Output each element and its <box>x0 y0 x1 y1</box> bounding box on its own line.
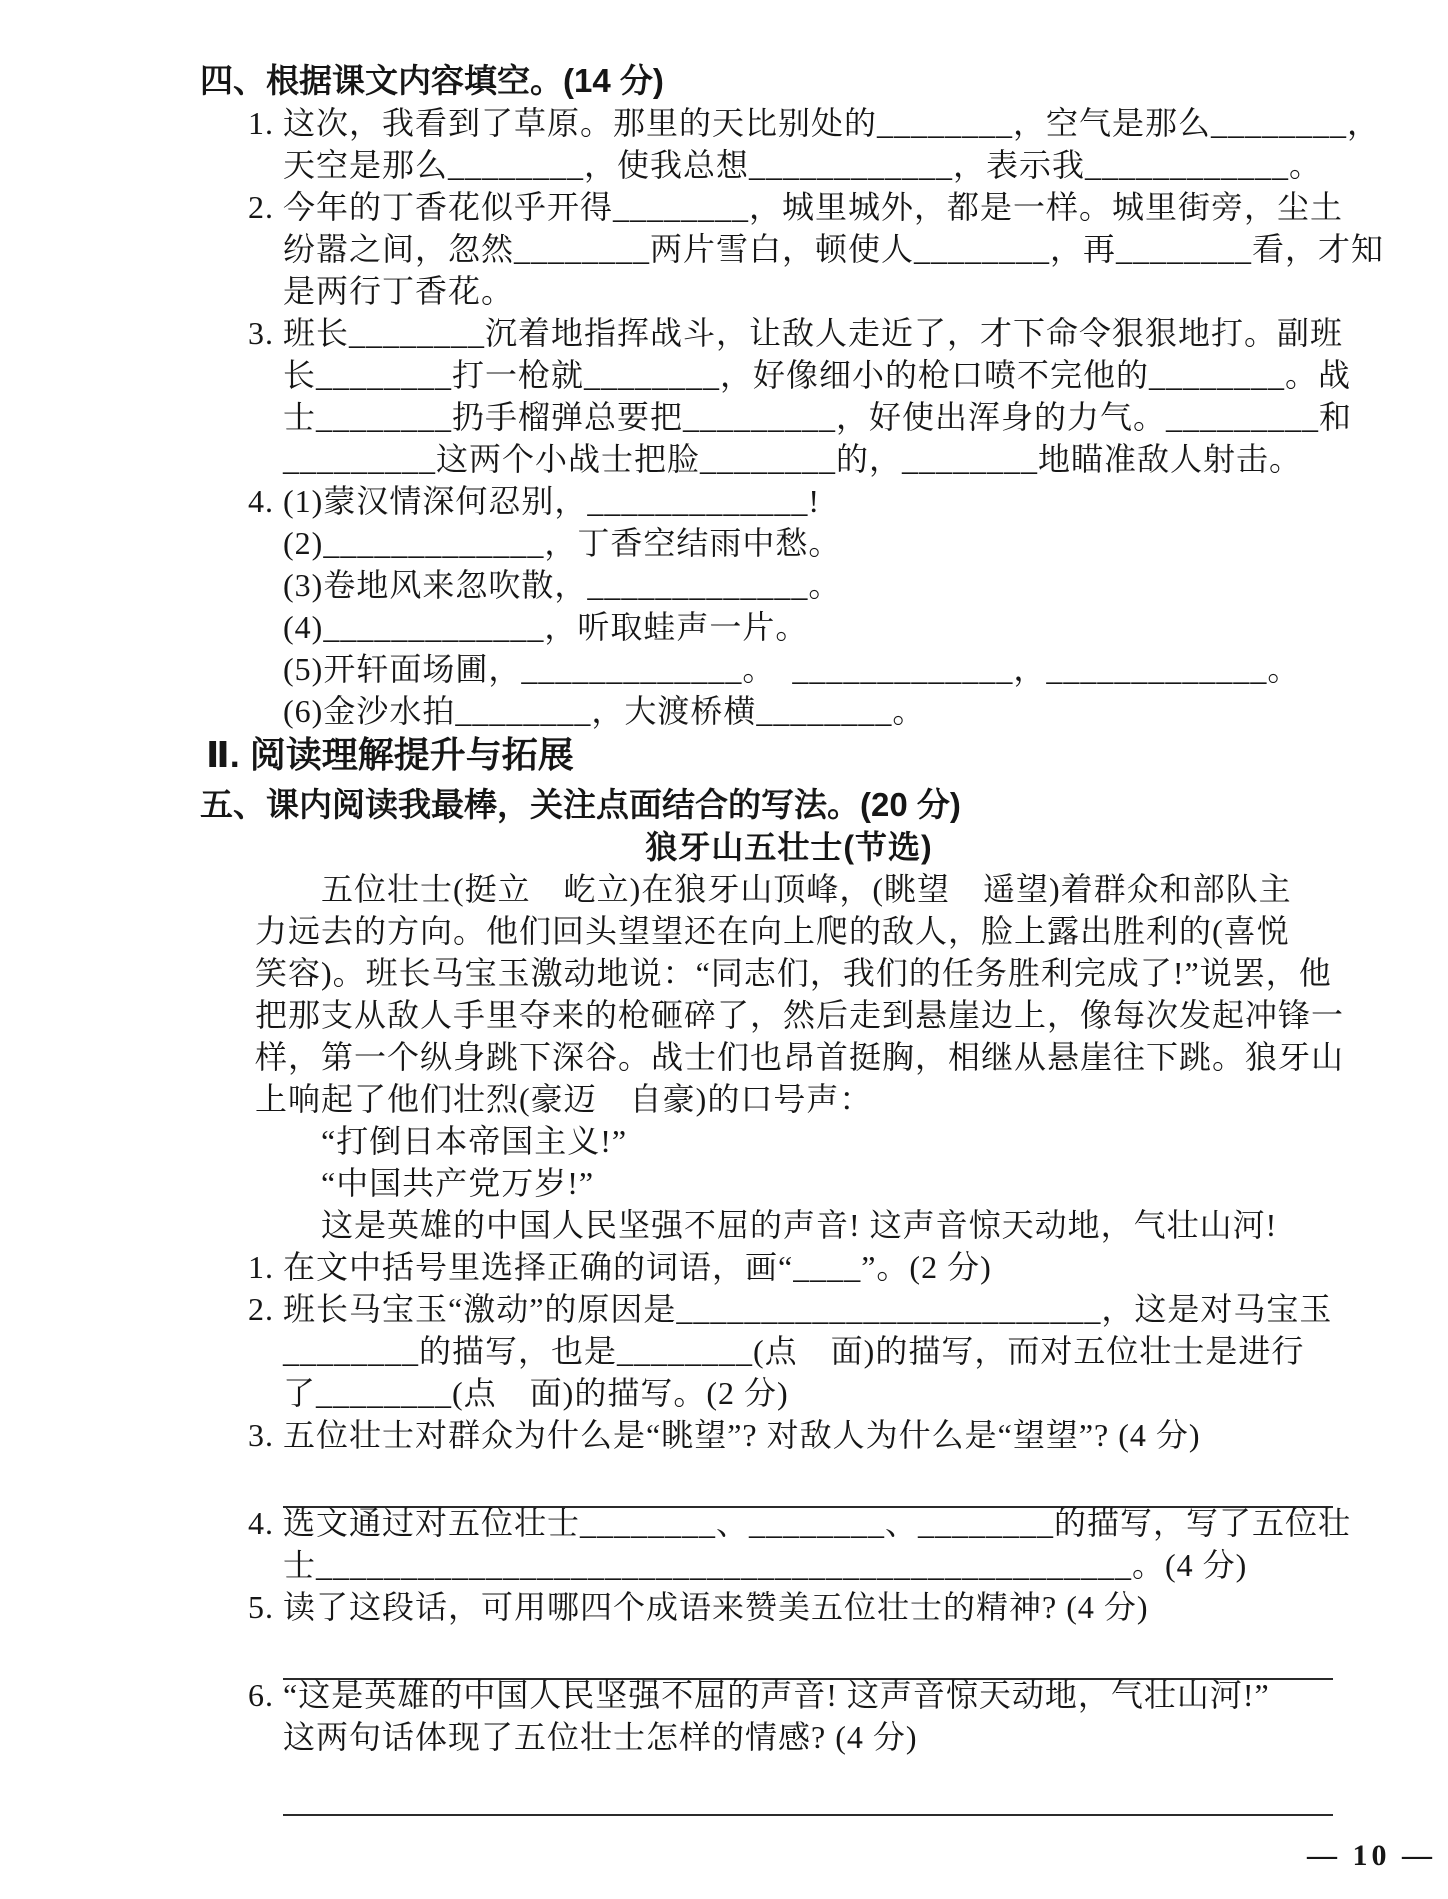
part-ii-heading: Ⅱ. 阅读理解提升与拓展 <box>206 732 1378 778</box>
fill-blank-line: (4)_____________，听取蛙声一片。 <box>283 606 1378 648</box>
passage-line: 这是英雄的中国人民坚强不屈的声音! 这声音惊天动地，气壮山河! <box>255 1204 1378 1246</box>
slogan-line: “中国共产党万岁!” <box>321 1162 1378 1204</box>
question-line: 这两句话体现了五位壮士怎样的情感? (4 分) <box>283 1716 1378 1758</box>
passage-line: 力远去的方向。他们回头望望还在向上爬的敌人，脸上露出胜利的(喜悦 <box>255 910 1378 952</box>
question-line: 3. 五位壮士对群众为什么是“眺望”? 对敌人为什么是“望望”? (4 分) <box>248 1414 1378 1456</box>
fill-blank-line: 4. (1)蒙汉情深何忍别，_____________! <box>248 480 1378 522</box>
fill-blank-line: 天空是那么________，使我总想____________，表示我______… <box>283 144 1378 186</box>
fill-blank-line: (2)_____________，丁香空结雨中愁。 <box>283 522 1378 564</box>
question-line: 1. 在文中括号里选择正确的词语，画“____”。(2 分) <box>248 1246 1378 1288</box>
answer-line <box>283 1814 1333 1816</box>
question-line: ________的描写，也是________(点 面)的描写，而对五位壮士是进行 <box>283 1330 1378 1372</box>
question-line: 了________(点 面)的描写。(2 分) <box>283 1372 1378 1414</box>
question-line: 士_______________________________________… <box>283 1544 1378 1586</box>
question-line: 4. 选文通过对五位壮士________、________、________的描… <box>248 1502 1378 1544</box>
passage-line: 五位壮士(挺立 屹立)在狼牙山顶峰，(眺望 遥望)着群众和部队主 <box>255 868 1378 910</box>
worksheet-page: 四、根据课文内容填空。(14 分) 1. 这次，我看到了草原。那里的天比别处的_… <box>0 0 1448 1899</box>
fill-blank-line: 1. 这次，我看到了草原。那里的天比别处的________，空气是那么_____… <box>248 102 1378 144</box>
page-number: — 10 — <box>1307 1839 1436 1873</box>
section-v-heading: 五、课内阅读我最棒，关注点面结合的写法。(20 分) <box>200 784 1378 826</box>
fill-blank-line: (6)金沙水拍________，大渡桥横________。 <box>283 690 1378 732</box>
passage-line: 上响起了他们壮烈(豪迈 自豪)的口号声： <box>255 1078 1378 1120</box>
fill-blank-line: 长________打一枪就________，好像细小的枪口喷不完他的______… <box>283 354 1378 396</box>
question-line: 6. “这是英雄的中国人民坚强不屈的声音! 这声音惊天动地，气壮山河!” <box>248 1674 1378 1716</box>
question-line: 5. 读了这段话，可用哪四个成语来赞美五位壮士的精神? (4 分) <box>248 1586 1378 1628</box>
fill-blank-line: 纷嚣之间，忽然________两片雪白，顿使人________，再_______… <box>283 228 1378 270</box>
fill-blank-line: 士________扔手榴弹总要把_________，好使出浑身的力气。_____… <box>283 396 1378 438</box>
fill-blank-line: 是两行丁香花。 <box>283 270 1378 312</box>
slogan-line: “打倒日本帝国主义!” <box>321 1120 1378 1162</box>
section-iv-heading: 四、根据课文内容填空。(14 分) <box>200 60 1378 102</box>
passage-title: 狼牙山五壮士(节选) <box>200 826 1378 868</box>
fill-blank-line: 3. 班长________沉着地指挥战斗，让敌人走近了，才下命令狠狠地打。副班 <box>248 312 1378 354</box>
fill-blank-line: (5)开轩面场圃，_____________。 _____________，__… <box>283 648 1378 690</box>
question-line: 2. 班长马宝玉“激动”的原因是________________________… <box>248 1288 1378 1330</box>
page-content: 四、根据课文内容填空。(14 分) 1. 这次，我看到了草原。那里的天比别处的_… <box>0 0 1448 1816</box>
fill-blank-line: (3)卷地风来忽吹散，_____________。 <box>283 564 1378 606</box>
passage-line: 笑容)。班长马宝玉激动地说：“同志们，我们的任务胜利完成了!”说罢，他 <box>255 952 1378 994</box>
passage-line: 样，第一个纵身跳下深谷。战士们也昂首挺胸，相继从悬崖往下跳。狼牙山 <box>255 1036 1378 1078</box>
fill-blank-line: 2. 今年的丁香花似乎开得________，城里城外，都是一样。城里街旁，尘土 <box>248 186 1378 228</box>
passage-line: 把那支从敌人手里夺来的枪砸碎了，然后走到悬崖边上，像每次发起冲锋一 <box>255 994 1378 1036</box>
fill-blank-line: _________这两个小战士把脸________的，________地瞄准敌人… <box>283 438 1378 480</box>
